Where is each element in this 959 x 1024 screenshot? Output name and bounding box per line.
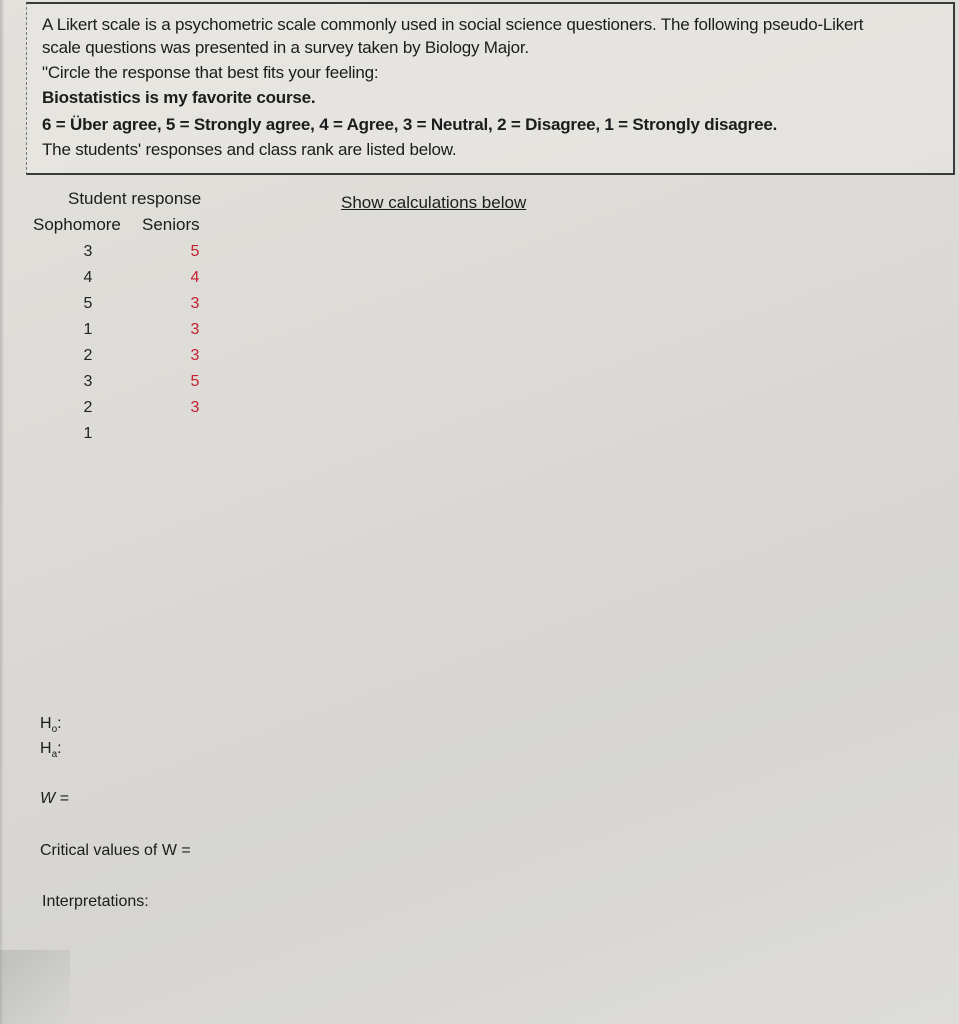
- interpretations-label: Interpretations:: [42, 893, 149, 911]
- intro-line-2: scale questions was presented in a surve…: [42, 37, 529, 59]
- intro-line-6: The students' responses and class rank a…: [42, 139, 456, 161]
- scale-legend: 6 = Über agree, 5 = Strongly agree, 4 = …: [42, 114, 777, 136]
- seniors-value: 3: [185, 295, 205, 313]
- table-title: Student response: [68, 189, 201, 209]
- alt-hypothesis-label: Ha:: [40, 740, 62, 760]
- paper-fold-shadow: [0, 950, 70, 1024]
- null-hypothesis-label: Ho:: [40, 715, 62, 735]
- seniors-value: 4: [185, 269, 205, 287]
- sophomore-value: 1: [78, 425, 98, 443]
- seniors-value: 5: [185, 243, 205, 261]
- sophomore-value: 4: [78, 269, 98, 287]
- intro-line-1: A Likert scale is a psychometric scale c…: [42, 14, 863, 36]
- sophomore-value: 2: [78, 399, 98, 417]
- intro-box: A Likert scale is a psychometric scale c…: [26, 2, 955, 175]
- seniors-value: 3: [185, 399, 205, 417]
- colon: :: [57, 740, 61, 757]
- colon: :: [57, 715, 61, 732]
- paper-edge: [0, 0, 4, 1024]
- show-calculations-heading: Show calculations below: [341, 193, 526, 213]
- column-header-sophomore: Sophomore: [33, 215, 121, 235]
- sophomore-value: 3: [78, 243, 98, 261]
- sophomore-value: 1: [78, 321, 98, 339]
- intro-line-3: "Circle the response that best fits your…: [42, 62, 378, 84]
- h-letter: H: [40, 715, 52, 732]
- seniors-value: 3: [185, 321, 205, 339]
- seniors-value: 3: [185, 347, 205, 365]
- w-statistic-label: W =: [40, 790, 69, 808]
- column-header-seniors: Seniors: [142, 215, 200, 235]
- sophomore-value: 5: [78, 295, 98, 313]
- seniors-value: 5: [185, 373, 205, 391]
- h-letter: H: [40, 740, 52, 757]
- sophomore-value: 2: [78, 347, 98, 365]
- sophomore-value: 3: [78, 373, 98, 391]
- critical-values-label: Critical values of W =: [40, 842, 191, 860]
- survey-statement: Biostatistics is my favorite course.: [42, 87, 315, 109]
